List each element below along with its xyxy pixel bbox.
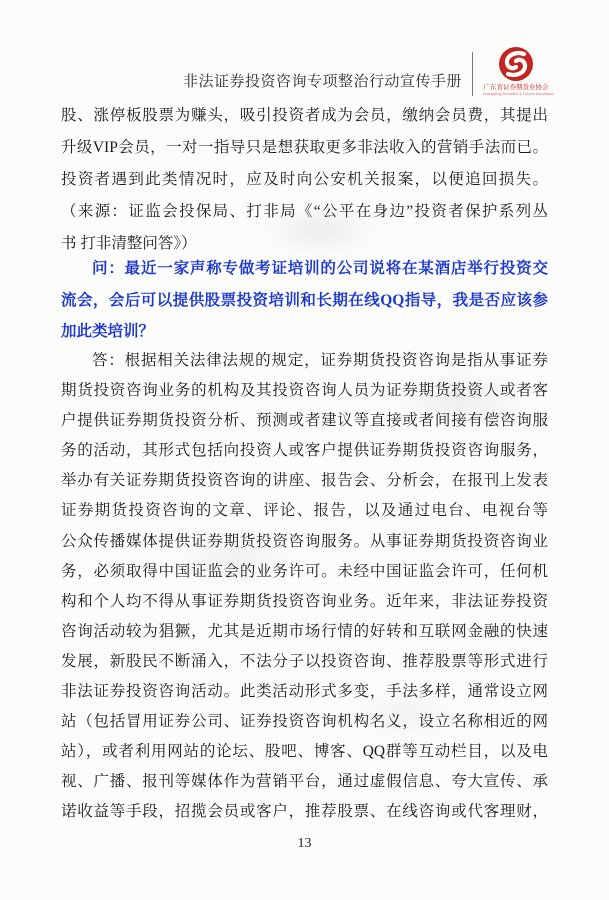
- text-line: 期货投资咨询业务的机构及其投资咨询人员为证券期货投资人或者客: [61, 376, 548, 406]
- text-line: 视、广播、报刊等媒体作为营销平台，通过虚假信息、夸大宣传、承: [61, 767, 548, 797]
- text-line: 诺收益等手段，招揽会员或客户，推荐股票、在线咨询或代客理财，: [61, 797, 548, 827]
- text-line: 答：根据相关法律法规的规定，证券期货投资咨询是指从事证券: [61, 346, 548, 376]
- paragraph-question: 问：最近一家声称专做考证培训的公司说将在某酒店举行投资交流会，会后可以提供股票投…: [61, 253, 548, 348]
- text-line: 股、涨停板股票为赚头，吸引投资者成为会员，缴纳会员费，其提出: [61, 100, 548, 132]
- text-line: 户提供证券期货投资分析、预测或者建议等直接或者间接有偿咨询服: [61, 406, 548, 436]
- text-line: 务，必须取得中国证监会的业务许可。未经中国证监会许可，任何机: [61, 557, 548, 587]
- text-line: 问：最近一家声称专做考证培训的公司说将在某酒店举行投资交: [61, 253, 548, 285]
- text-line: 站），或者利用网站的论坛、股吧、博客、QQ群等互动栏目，以及电: [61, 737, 548, 767]
- text-line: 证券期货投资咨询的文章、评论、报告，以及通过电台、电视台等: [61, 496, 548, 526]
- text-line: 流会，会后可以提供股票投资培训和长期在线QQ指导，我是否应该参: [61, 285, 548, 317]
- text-line: 非法证券投资咨询活动。此类活动形式多变，手法多样，通常设立网: [61, 677, 548, 707]
- page-number: 13: [0, 836, 609, 852]
- paragraph-continuation: 股、涨停板股票为赚头，吸引投资者成为会员，缴纳会员费，其提出升级VIP会员，一对…: [61, 100, 548, 260]
- text-line: 务的活动，其形式包括向投资人或客户提供证券期货投资咨询服务，: [61, 436, 548, 466]
- text-line: 构和个人均不得从事证券期货投资咨询业务。近年来，非法证券投资: [61, 587, 548, 617]
- association-name-en: Guangdong Securities & Futures Associati…: [483, 91, 550, 96]
- association-name-cn: 广东省证券期货业协会: [479, 84, 553, 91]
- text-line: 公众传播媒体提供证券期货投资咨询服务。从事证券期货投资咨询业: [61, 527, 548, 557]
- association-emblem-icon: [497, 45, 535, 83]
- text-line: 咨询活动较为猖獗，尤其是近期市场行情的好转和互联网金融的快速: [61, 617, 548, 647]
- text-line: 站（包括冒用证券公司、证券投资咨询机构名义，设立名称相近的网: [61, 707, 548, 737]
- association-logo: 广东省证券期货业协会 Guangdong Securities & Future…: [479, 45, 553, 96]
- text-line: 投资者遇到此类情况时，应及时向公安机关报案，以便追回损失。: [61, 164, 548, 196]
- text-line: 加此类培训？: [61, 316, 548, 348]
- header-title: 非法证券投资咨询专项整治行动宣传手册: [183, 70, 468, 91]
- header-divider-line: [472, 52, 473, 96]
- text-line: 发展，新股民不断涌入，不法分子以投资咨询、推荐股票等形式进行: [61, 647, 548, 677]
- text-line: 举办有关证券期货投资咨询的讲座、报告会、分析会，在报刊上发表: [61, 466, 548, 496]
- paragraph-answer: 答：根据相关法律法规的规定，证券期货投资咨询是指从事证券期货投资咨询业务的机构及…: [61, 346, 548, 828]
- document-page: 非法证券投资咨询专项整治行动宣传手册 广东省证券期货业协会 Guangdong …: [0, 0, 609, 900]
- text-line: 升级VIP会员，一对一指导只是想获取更多非法收入的营销手法而已。: [61, 132, 548, 164]
- text-line: （来源：证监会投保局、打非局《“公平在身边”投资者保护系列丛: [61, 196, 548, 228]
